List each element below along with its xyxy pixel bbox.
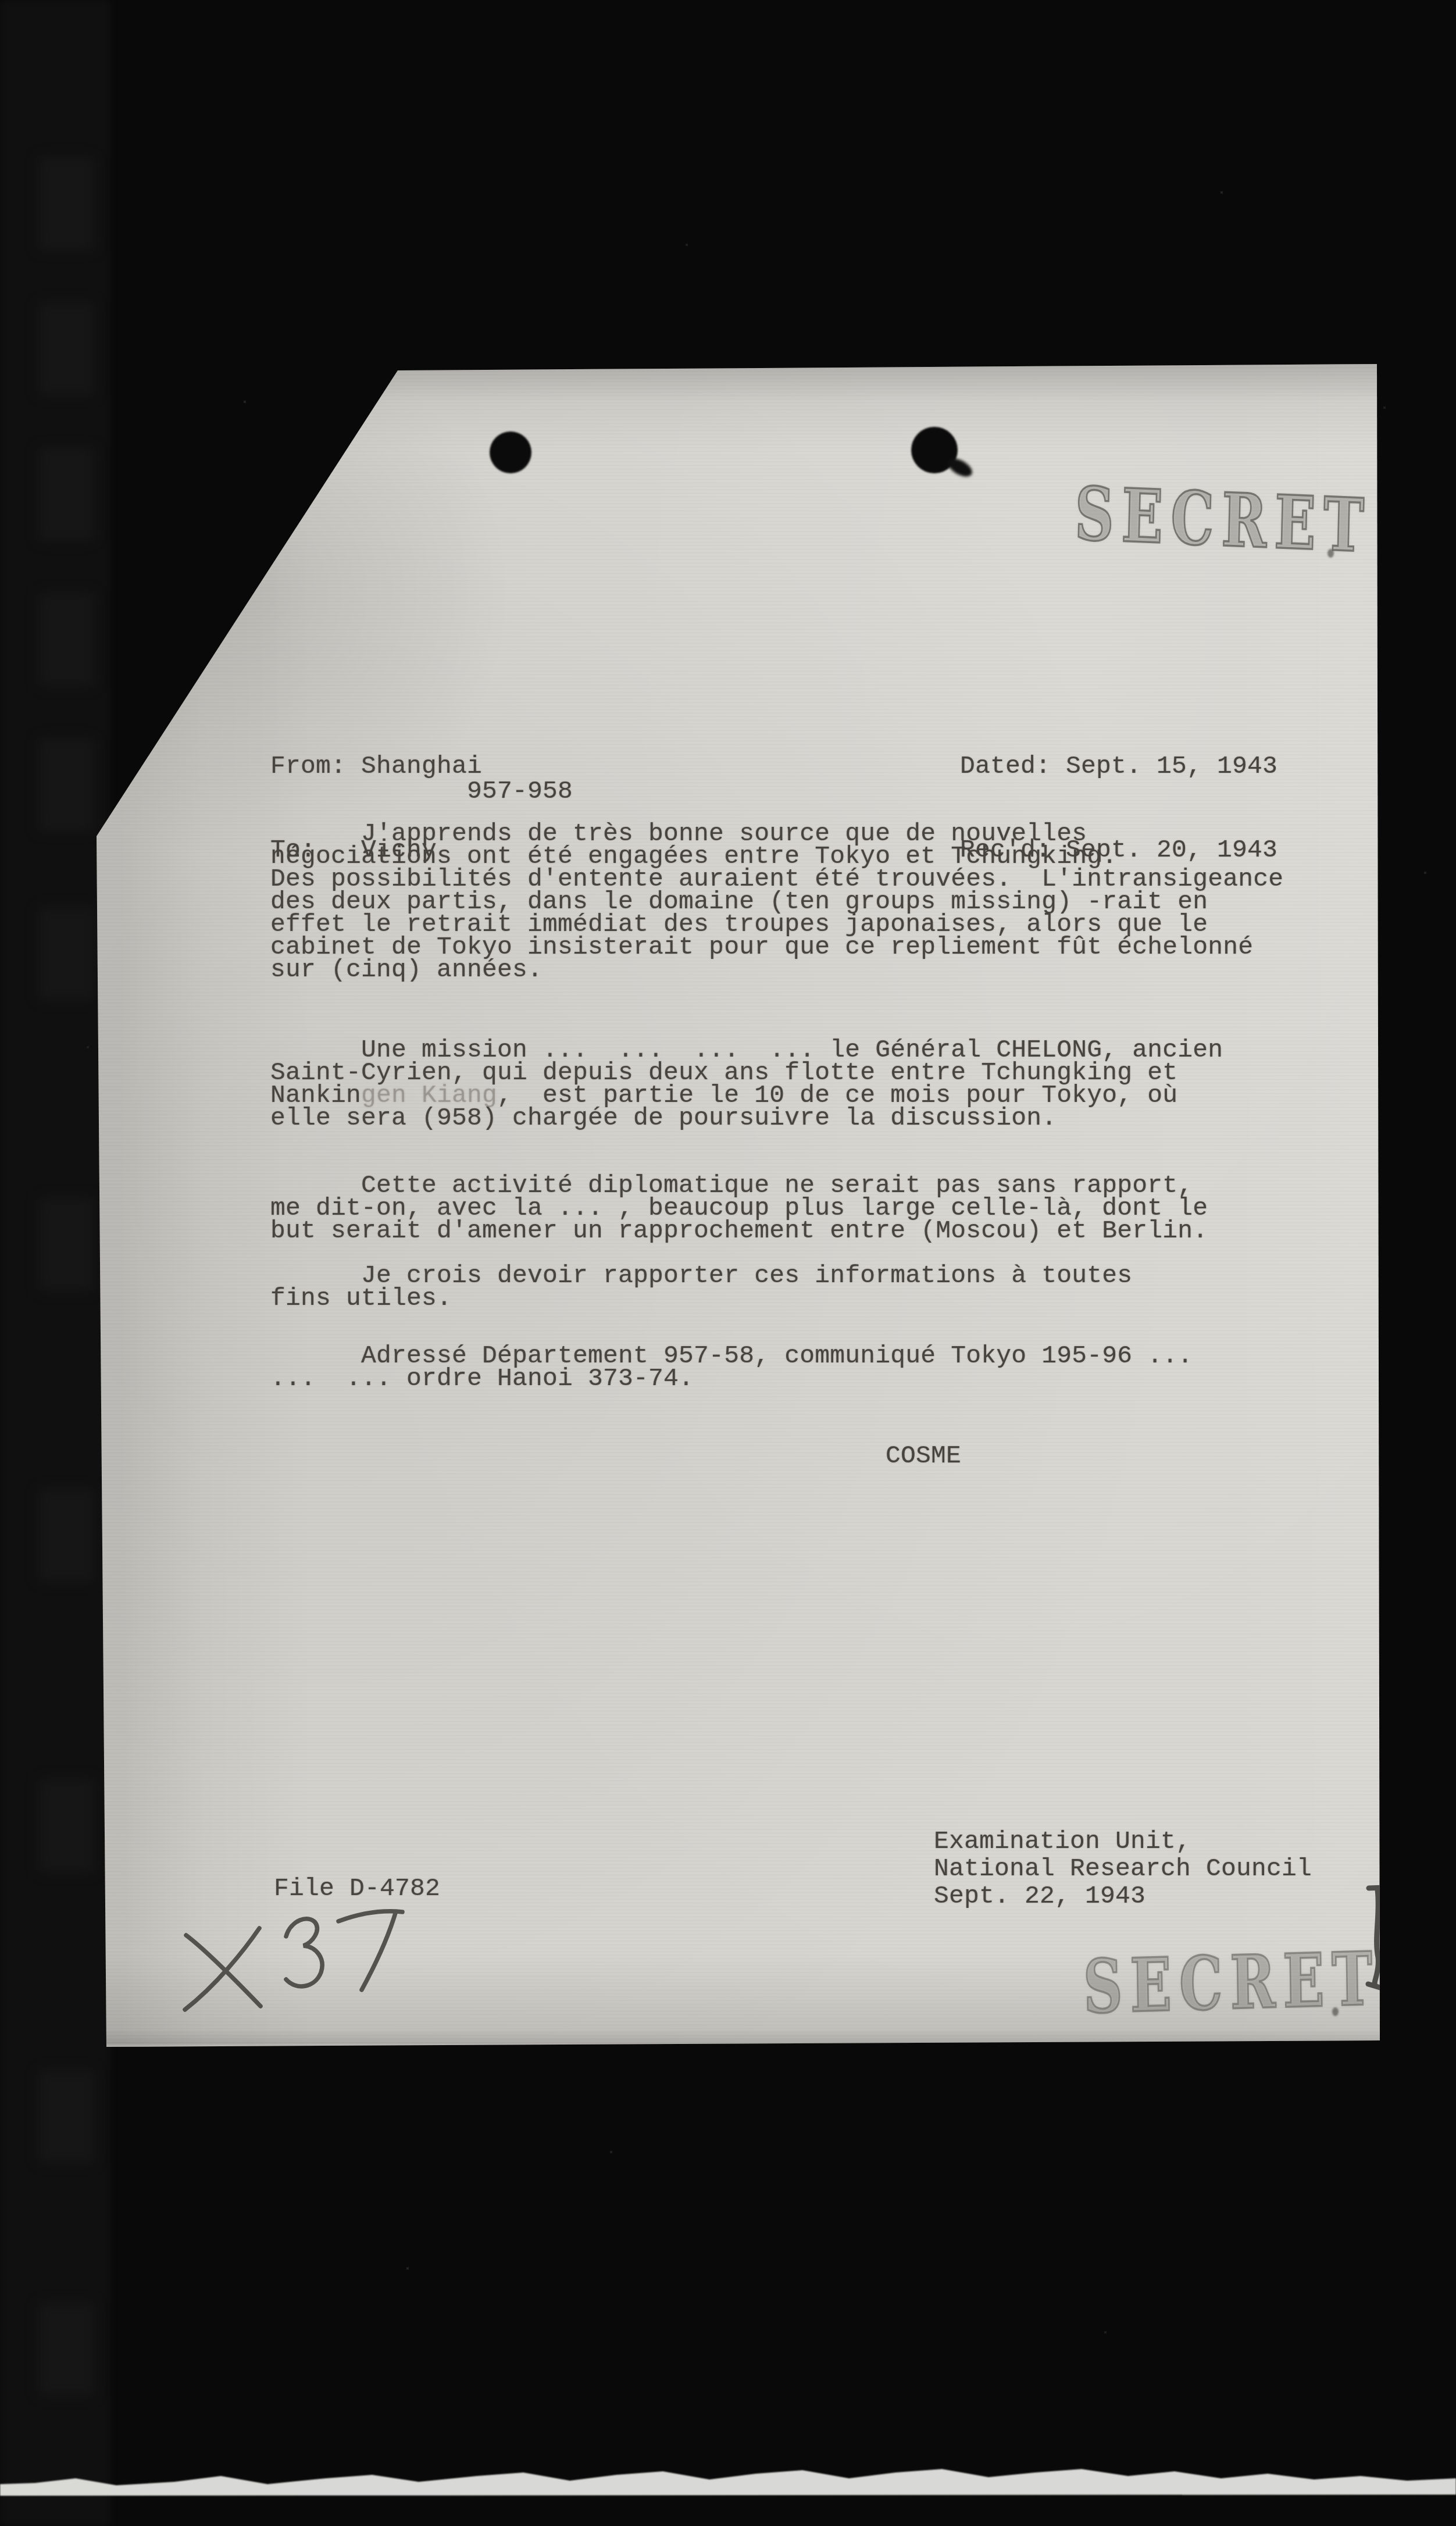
paragraph-2: Une mission ... ... ... ... le Général C…	[270, 1039, 1223, 1129]
paragraph-1: J'apprends de très bonne source que de n…	[270, 822, 1283, 981]
film-sprocket	[38, 157, 94, 250]
dust-specks	[0, 0, 1, 1]
stamp-ink-dot-top	[1327, 549, 1334, 558]
film-sprocket	[38, 593, 94, 686]
paragraph-5: Adressé Département 957-58, communiqué T…	[270, 1344, 1193, 1390]
film-sprocket	[38, 1489, 94, 1582]
microfilm-background: SECRET From: Shanghai To: Vichy Dated: S…	[0, 0, 1456, 2526]
film-sprocket	[38, 2303, 94, 2396]
signature: COSME	[886, 1444, 961, 1467]
film-sprocket	[38, 907, 94, 1000]
stamp-ink-dot-bottom	[1332, 2007, 1339, 2016]
punch-hole-left	[490, 431, 531, 473]
document-paper: SECRET From: Shanghai To: Vichy Dated: S…	[0, 0, 1456, 2526]
film-sprocket	[38, 448, 94, 541]
examination-unit-block: Examination Unit, National Research Coun…	[934, 1828, 1312, 1910]
paragraph-4: Je crois devoir rapporter ces informatio…	[270, 1264, 1132, 1310]
film-sprocket	[38, 302, 94, 395]
reference-number: 957-958	[467, 780, 573, 802]
paragraph-3: Cette activité diplomatique ne serait pa…	[270, 1174, 1208, 1242]
from-line: From: Shanghai	[270, 752, 482, 780]
dated-line: Dated: Sept. 15, 1943	[960, 752, 1277, 780]
film-sprocket	[38, 738, 94, 832]
film-sprocket	[38, 2070, 94, 2163]
file-number: File D-4782	[274, 1877, 440, 1900]
film-sprocket	[38, 1779, 94, 1872]
film-sprocket	[38, 1198, 94, 1291]
punch-hole-smudge	[945, 455, 975, 480]
